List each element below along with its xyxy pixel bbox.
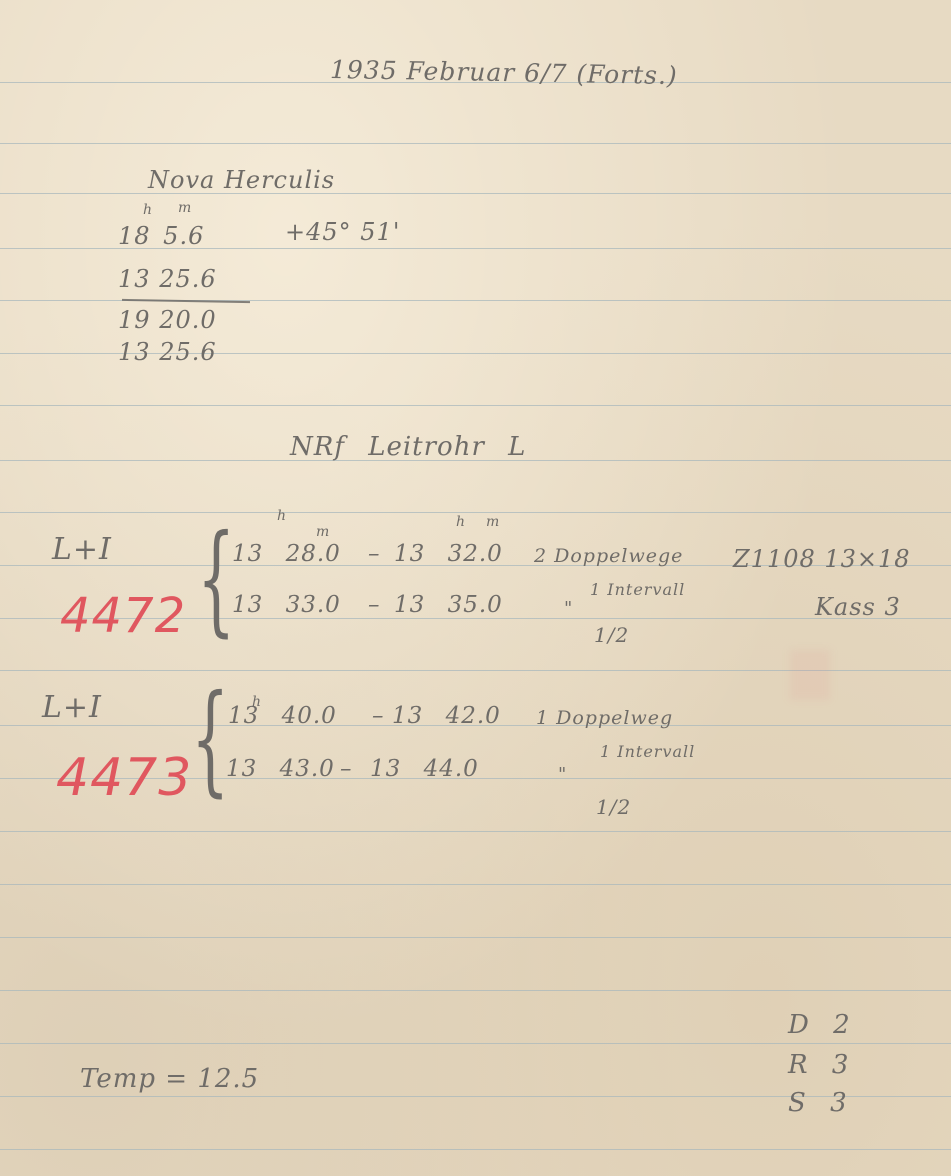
minute-mark: m <box>486 514 499 530</box>
rating-key: R <box>788 1050 809 1080</box>
temperature-note: Temp = 12.5 <box>80 1064 259 1094</box>
interval-note: 1 Intervall <box>600 742 695 761</box>
rating-row: S 3 <box>788 1088 851 1126</box>
calc-row-3: 13 25.6 <box>118 338 217 366</box>
rating-key: S <box>788 1088 807 1118</box>
hour-mark: h <box>456 514 465 530</box>
dash: – <box>368 592 381 618</box>
cassette-note: Kass 3 <box>815 593 901 621</box>
dash: – <box>368 541 381 567</box>
faint-red-smudge <box>790 650 830 700</box>
ditto-mark: " <box>564 598 573 619</box>
entry-label: L+I <box>42 690 102 725</box>
ruled-line <box>0 512 951 513</box>
rating-key: D <box>788 1010 810 1040</box>
rating-value: 3 <box>832 1050 850 1080</box>
notebook-page: 1935 Februar 6/7 (Forts.) Nova Herculis … <box>0 0 951 1176</box>
ra-minute-unit: m <box>178 200 191 216</box>
calc-minute: 20.0 <box>159 306 216 334</box>
rating-value: 3 <box>830 1088 848 1118</box>
interval-note: 1 Intervall <box>590 580 685 599</box>
rating-value: 2 <box>833 1010 851 1040</box>
dash: – <box>340 756 353 782</box>
exposure-start: 13 40.0 <box>228 703 337 729</box>
exposure-end: 13 44.0 <box>370 756 479 782</box>
calc-minute: 25.6 <box>159 338 216 366</box>
exposure-start: 13 43.0 <box>226 756 335 782</box>
exposure-end: 13 42.0 <box>392 703 501 729</box>
ra-hour-unit: h <box>143 202 152 218</box>
ruled-line <box>0 143 951 144</box>
ruled-line <box>0 937 951 938</box>
exposure-start: 13 28.0 <box>232 541 341 567</box>
exposure-end: 13 35.0 <box>394 592 503 618</box>
ruled-line <box>0 990 951 991</box>
plate-number: 4473 <box>56 748 192 808</box>
target-ra: 18 5.6 <box>118 222 204 250</box>
exposure-note: 2 Doppelwege <box>534 545 683 567</box>
ruled-line <box>0 193 951 194</box>
calc-minute: 25.6 <box>159 265 216 293</box>
brace: { <box>191 680 229 800</box>
calc-row-2: 19 20.0 <box>118 306 217 334</box>
section-heading: NRf Leitrohr L <box>290 432 526 462</box>
ditto-mark: " <box>558 764 567 785</box>
page-title: 1935 Februar 6/7 (Forts.) <box>330 55 678 90</box>
dash: – <box>372 703 385 729</box>
fraction: 1/2 <box>596 795 631 819</box>
calc-hour: 13 <box>118 265 151 293</box>
calc-hour: 19 <box>118 306 151 334</box>
hour-mark: h <box>277 508 286 524</box>
target-dec: +45° 51' <box>285 218 400 246</box>
ruled-line <box>0 405 951 406</box>
calc-hour: 13 <box>118 338 151 366</box>
rating-row: D 2 <box>788 1010 851 1050</box>
entry-label: L+I <box>52 532 112 567</box>
minute-mark: m <box>316 524 329 540</box>
exposure-start: 13 33.0 <box>232 592 341 618</box>
rating-row: R 3 <box>788 1050 851 1088</box>
plate-number: 4472 <box>60 588 186 644</box>
target-name: Nova Herculis <box>148 166 335 194</box>
ratings-list: D 2 R 3 S 3 <box>788 1010 851 1126</box>
ruled-line <box>0 1149 951 1150</box>
ruled-line <box>0 831 951 832</box>
fraction: 1/2 <box>594 623 629 647</box>
exposure-note: 1 Doppelweg <box>536 707 673 729</box>
brace: { <box>197 520 235 640</box>
calc-row-1: 13 25.6 <box>118 265 217 293</box>
ruled-line <box>0 884 951 885</box>
exposure-end: 13 32.0 <box>394 541 503 567</box>
camera-note: Z1108 13×18 <box>733 545 911 573</box>
